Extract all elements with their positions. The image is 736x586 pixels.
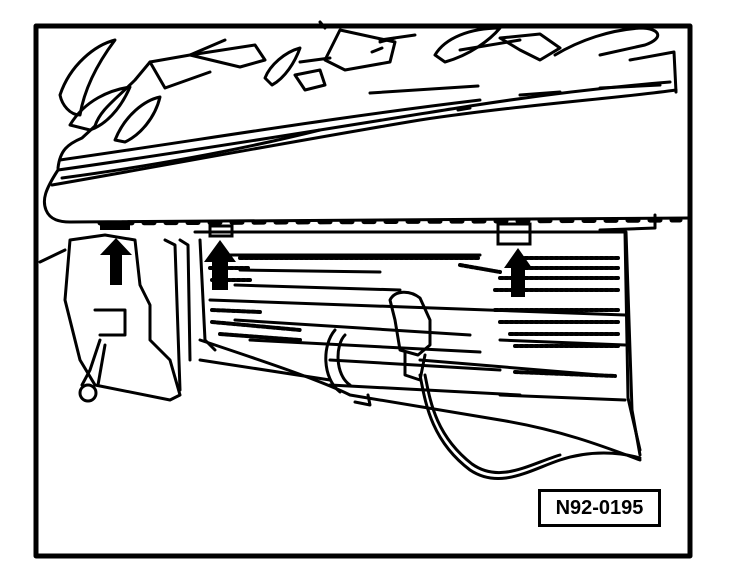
- arrow-right-icon: [498, 224, 532, 297]
- grille-mesh: [210, 258, 620, 376]
- bumper-top: [52, 22, 676, 185]
- figure-label-text: N92-0195: [556, 497, 644, 520]
- bumper-rim: [44, 170, 690, 222]
- clip-row: [100, 220, 680, 223]
- arrow-left-icon: [100, 222, 132, 285]
- figure-label: N92-0195: [538, 489, 661, 527]
